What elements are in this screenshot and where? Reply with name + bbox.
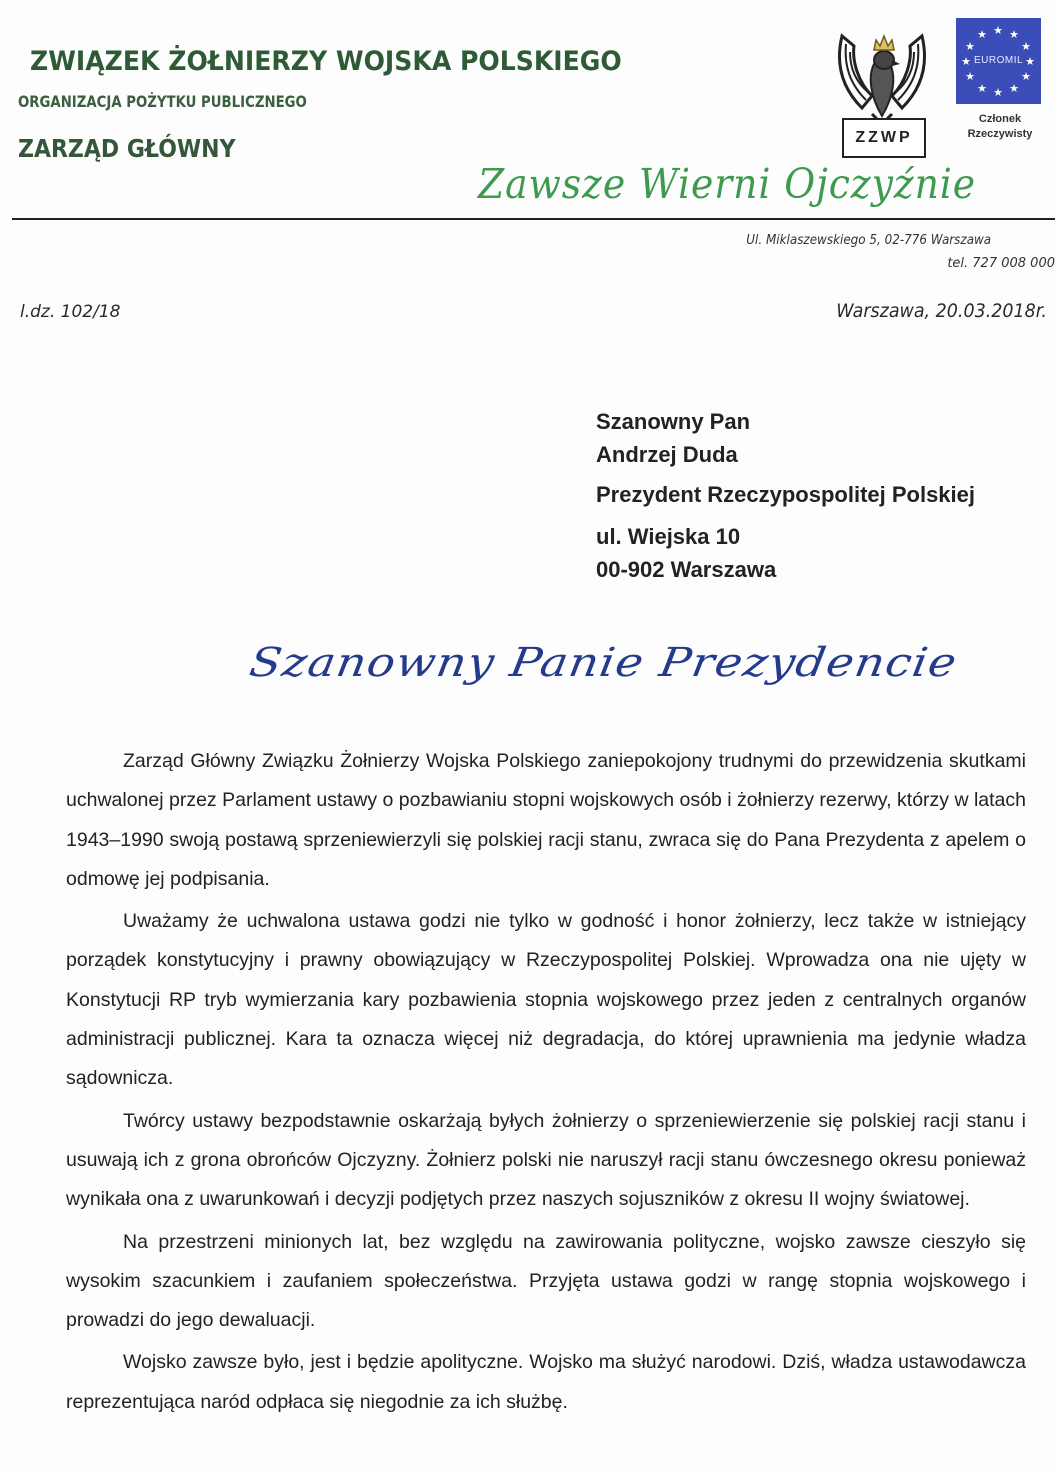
svg-text:★: ★ <box>1009 28 1019 41</box>
zzwp-badge: ZZWP <box>842 118 926 158</box>
body-paragraph: Na przestrzeni minionych lat, bez względ… <box>66 1223 1026 1341</box>
euromil-membership-label: Członek Rzeczywisty <box>952 112 1048 142</box>
svg-text:★: ★ <box>1021 40 1031 53</box>
header-divider <box>12 218 1055 220</box>
body-paragraph: Zarząd Główny Związku Żołnierzy Wojska P… <box>66 742 1026 899</box>
svg-text:★: ★ <box>965 70 975 83</box>
euromil-text: EUROMIL <box>956 55 1041 66</box>
svg-text:★: ★ <box>993 86 1003 99</box>
svg-text:★: ★ <box>1021 70 1031 83</box>
handwritten-salutation: Szanowny Panie Prezydencie <box>246 640 960 686</box>
body-paragraph: Twórcy ustawy bezpodstawnie oskarżają by… <box>66 1102 1026 1220</box>
letter-date: Warszawa, 20.03.2018r. <box>836 300 1047 322</box>
svg-text:★: ★ <box>1009 82 1019 95</box>
organization-subtitle: ORGANIZACJA POŻYTKU PUBLICZNEGO <box>18 92 307 111</box>
board-name: ZARZĄD GŁÓWNY <box>18 134 236 163</box>
sender-phone: tel. 727 008 000 <box>947 256 1055 271</box>
svg-text:★: ★ <box>977 82 987 95</box>
letter-body: Zarząd Główny Związku Żołnierzy Wojska P… <box>66 742 1026 1422</box>
euromil-logo: ★ ★ ★ ★ ★ ★ ★ ★ ★ ★ ★ ★ EUROMIL <box>956 18 1041 104</box>
svg-text:★: ★ <box>977 28 987 41</box>
svg-text:★: ★ <box>993 24 1003 37</box>
reference-number: l.dz. 102/18 <box>20 302 120 322</box>
motto: Zawsze Wierni Ojczyźnie <box>478 160 976 208</box>
svg-text:★: ★ <box>965 40 975 53</box>
sender-address: Ul. Miklaszewskiego 5, 02-776 Warszawa <box>746 233 991 248</box>
organization-name: ZWIĄZEK ŻOŁNIERZY WOJSKA POLSKIEGO <box>30 46 622 77</box>
body-paragraph: Wojsko zawsze było, jest i będzie apolit… <box>66 1343 1026 1422</box>
body-paragraph: Uważamy że uchwalona ustawa godzi nie ty… <box>66 902 1026 1098</box>
